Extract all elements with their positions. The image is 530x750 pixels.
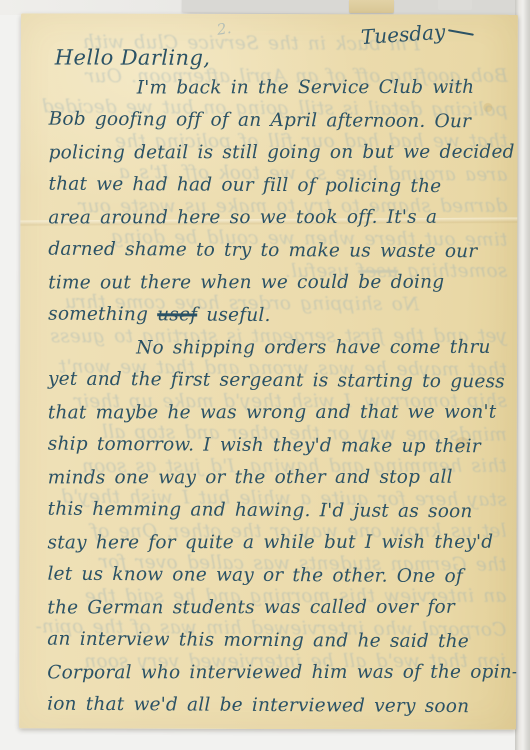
letter-line: yet and the first sergeant is starting t… [48, 363, 509, 398]
letter-line: darned shame to try to make us waste our [48, 233, 509, 268]
letter-line: time out there when we could be doing [48, 267, 509, 300]
date-flourish [448, 29, 474, 36]
letter-paper: I'm back in the Service Club withBob goo… [19, 13, 518, 729]
behind-page-tan-tab [349, 0, 394, 13]
behind-page-gray-tab [438, 0, 472, 10]
letter-line: an interview this morning and he said th… [47, 623, 508, 658]
faint-page-number: 2. [216, 19, 233, 39]
letter-line: that maybe he was wrong and that we won'… [48, 397, 509, 430]
scanned-letter-page: { "colors": { "ink": "#2b5265", "paper":… [0, 0, 530, 750]
letter-line: that we had had our fill of policing the [48, 168, 509, 203]
letter-line: No shipping orders have come thru [136, 332, 509, 365]
letter-text-fragment: something [48, 303, 157, 325]
letter-line: I'm back in the Service Club with [137, 72, 510, 105]
salutation: Hello Darling, [55, 43, 510, 72]
struck-word: usef [157, 304, 197, 325]
letter-line: area around here so we took off. It's a [48, 202, 509, 235]
letter-line: something usef useful. [48, 298, 509, 333]
letter-body: Hello Darling, I'm back in the Service C… [47, 43, 510, 722]
letter-line: let us know one way or the other. One of [47, 558, 508, 593]
letter-line: policing detail is still going on but we… [49, 137, 510, 170]
letter-line: ion that we'd all be interviewed very so… [47, 688, 508, 723]
letter-lines: I'm back in the Service Club withBob goo… [47, 71, 510, 722]
letter-line: minds one way or the other and stop all [48, 462, 509, 495]
letter-text-fragment: useful. [197, 304, 271, 325]
letter-line: ship tomorrow. I wish they'd make up the… [48, 428, 509, 463]
letter-line: stay here for quite a while but I wish t… [48, 527, 509, 560]
letter-line: this hemming and hawing. I'd just as soo… [48, 493, 509, 528]
letter-line: Bob goofing off of an April afternoon. O… [49, 103, 510, 138]
letter-line: Corporal who interviewed him was of the … [47, 657, 508, 690]
letter-line: the German students was called over for [47, 592, 508, 625]
